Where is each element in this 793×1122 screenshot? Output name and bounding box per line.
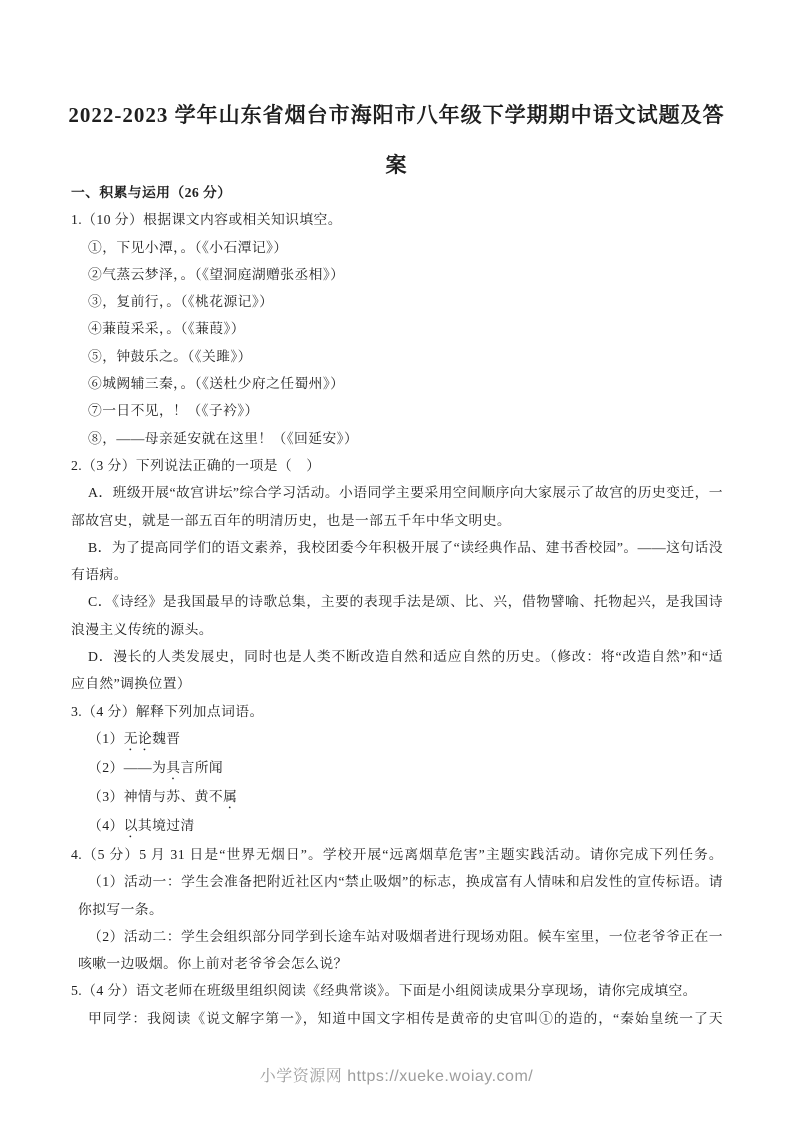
q2-option-a-line-1: A．班级开展“故宫讲坛”综合学习活动。小语同学主要采用空间顺序向大家展示了故宫的… <box>71 479 723 506</box>
q1-blank-item: ③，复前行，。（《桃花源记》） <box>71 288 723 315</box>
doc-title: 2022-2023 学年山东省烟台市海阳市八年级下学期期中语文试题及答 案 <box>0 90 793 190</box>
term-suffix: 言所闻 <box>181 760 224 775</box>
section-heading: 一、积累与运用（26 分） <box>71 179 723 206</box>
q4-task-1-line-1: （1）活动一：学生会准备把附近社区内“禁止吸烟”的标志，换成富有人情味和启发性的… <box>71 868 723 895</box>
q3-dotted-term-line: （1）无论魏晋 <box>71 725 723 754</box>
q1-blank-item: ⑤，钟鼓乐之。（《关雎》） <box>71 343 723 370</box>
term-prefix: （1） <box>88 731 124 746</box>
dotted-characters: 无论 <box>124 731 152 746</box>
q3-dotted-term-line: （2）——为具言所闻 <box>71 754 723 783</box>
q2-option-d-line-2: 应自然”调换位置） <box>71 670 723 697</box>
dotted-characters: 属 <box>223 789 237 804</box>
q2-option-b-line-2: 有语病。 <box>71 561 723 588</box>
q2-option-a-line-2: 部故宫史，就是一部五百年的明清历史，也是一部五千年中华文明史。 <box>71 507 723 534</box>
q1-blank-item: ④蒹葭采采，。（《蒹葭》） <box>71 315 723 342</box>
q1-blank-item: ⑦一日不见，！（《子衿》） <box>71 397 723 424</box>
q3-dotted-term-line: （4）以其境过清 <box>71 812 723 841</box>
question-1-stem: 1.（10 分）根据课文内容或相关知识填空。 <box>71 206 723 233</box>
q1-blank-item: ⑥城阙辅三秦，。（《送杜少府之任蜀州》） <box>71 370 723 397</box>
q1-blank-item: ②气蒸云梦泽，。（《望洞庭湖赠张丞相》） <box>71 261 723 288</box>
term-prefix: （2）——为 <box>88 760 166 775</box>
term-prefix: （3）神情与苏、黄不 <box>88 789 223 804</box>
q4-task-2-line-2: 咳嗽一边吸烟。你上前对老爷爷会怎么说？ <box>71 950 723 977</box>
question-5-stem: 5.（4 分）语文老师在班级里组织阅读《经典常谈》。下面是小组阅读成果分享现场，… <box>71 977 723 1004</box>
document-page: 2022-2023 学年山东省烟台市海阳市八年级下学期期中语文试题及答 案 一、… <box>0 0 793 1122</box>
q2-option-b-line-1: B．为了提高同学们的语文素养，我校团委今年积极开展了“读经典作品、建书香校园”。… <box>71 534 723 561</box>
q5-student-a-line: 甲同学：我阅读《说文解字第一》，知道中国文字相传是黄帝的史官叫①的造的，“秦始皇… <box>71 1005 723 1032</box>
doc-body: 一、积累与运用（26 分） 1.（10 分）根据课文内容或相关知识填空。 ①，下… <box>71 179 723 1032</box>
q2-option-c-line-1: C．《诗经》是我国最早的诗歌总集，主要的表现手法是颂、比、兴，借物譬喻、托物起兴… <box>71 588 723 615</box>
question-4-stem: 4.（5 分）5 月 31 日是“世界无烟日”。学校开展“远离烟草危害”主题实践… <box>71 841 723 868</box>
doc-title-line-1: 2022-2023 学年山东省烟台市海阳市八年级下学期期中语文试题及答 <box>0 90 793 140</box>
term-prefix: （4） <box>88 818 124 833</box>
term-suffix: 其境过清 <box>138 818 195 833</box>
dotted-characters: 具 <box>166 760 180 775</box>
q3-dotted-term-line: （3）神情与苏、黄不属 <box>71 783 723 812</box>
q4-task-2-line-1: （2）活动二：学生会组织部分同学到长途车站对吸烟者进行现场劝阻。候车室里，一位老… <box>71 923 723 950</box>
question-3-stem: 3.（4 分）解释下列加点词语。 <box>71 698 723 725</box>
q1-blank-item: ①，下见小潭，。（《小石潭记》） <box>71 234 723 261</box>
q2-option-d-line-1: D．漫长的人类发展史，同时也是人类不断改造自然和适应自然的历史。（修改：将“改造… <box>71 643 723 670</box>
footer-watermark: 小学资源网 https://xueke.woiay.com/ <box>0 1063 793 1086</box>
q2-option-c-line-2: 浪漫主义传统的源头。 <box>71 616 723 643</box>
question-2-stem: 2.（3 分）下列说法正确的一项是（ ） <box>71 452 723 479</box>
term-suffix: 魏晋 <box>152 731 180 746</box>
q4-task-1-line-2: 你拟写一条。 <box>71 896 723 923</box>
dotted-characters: 以 <box>124 818 138 833</box>
q1-blank-item: ⑧，——母亲延安就在这里！（《回延安》） <box>71 425 723 452</box>
